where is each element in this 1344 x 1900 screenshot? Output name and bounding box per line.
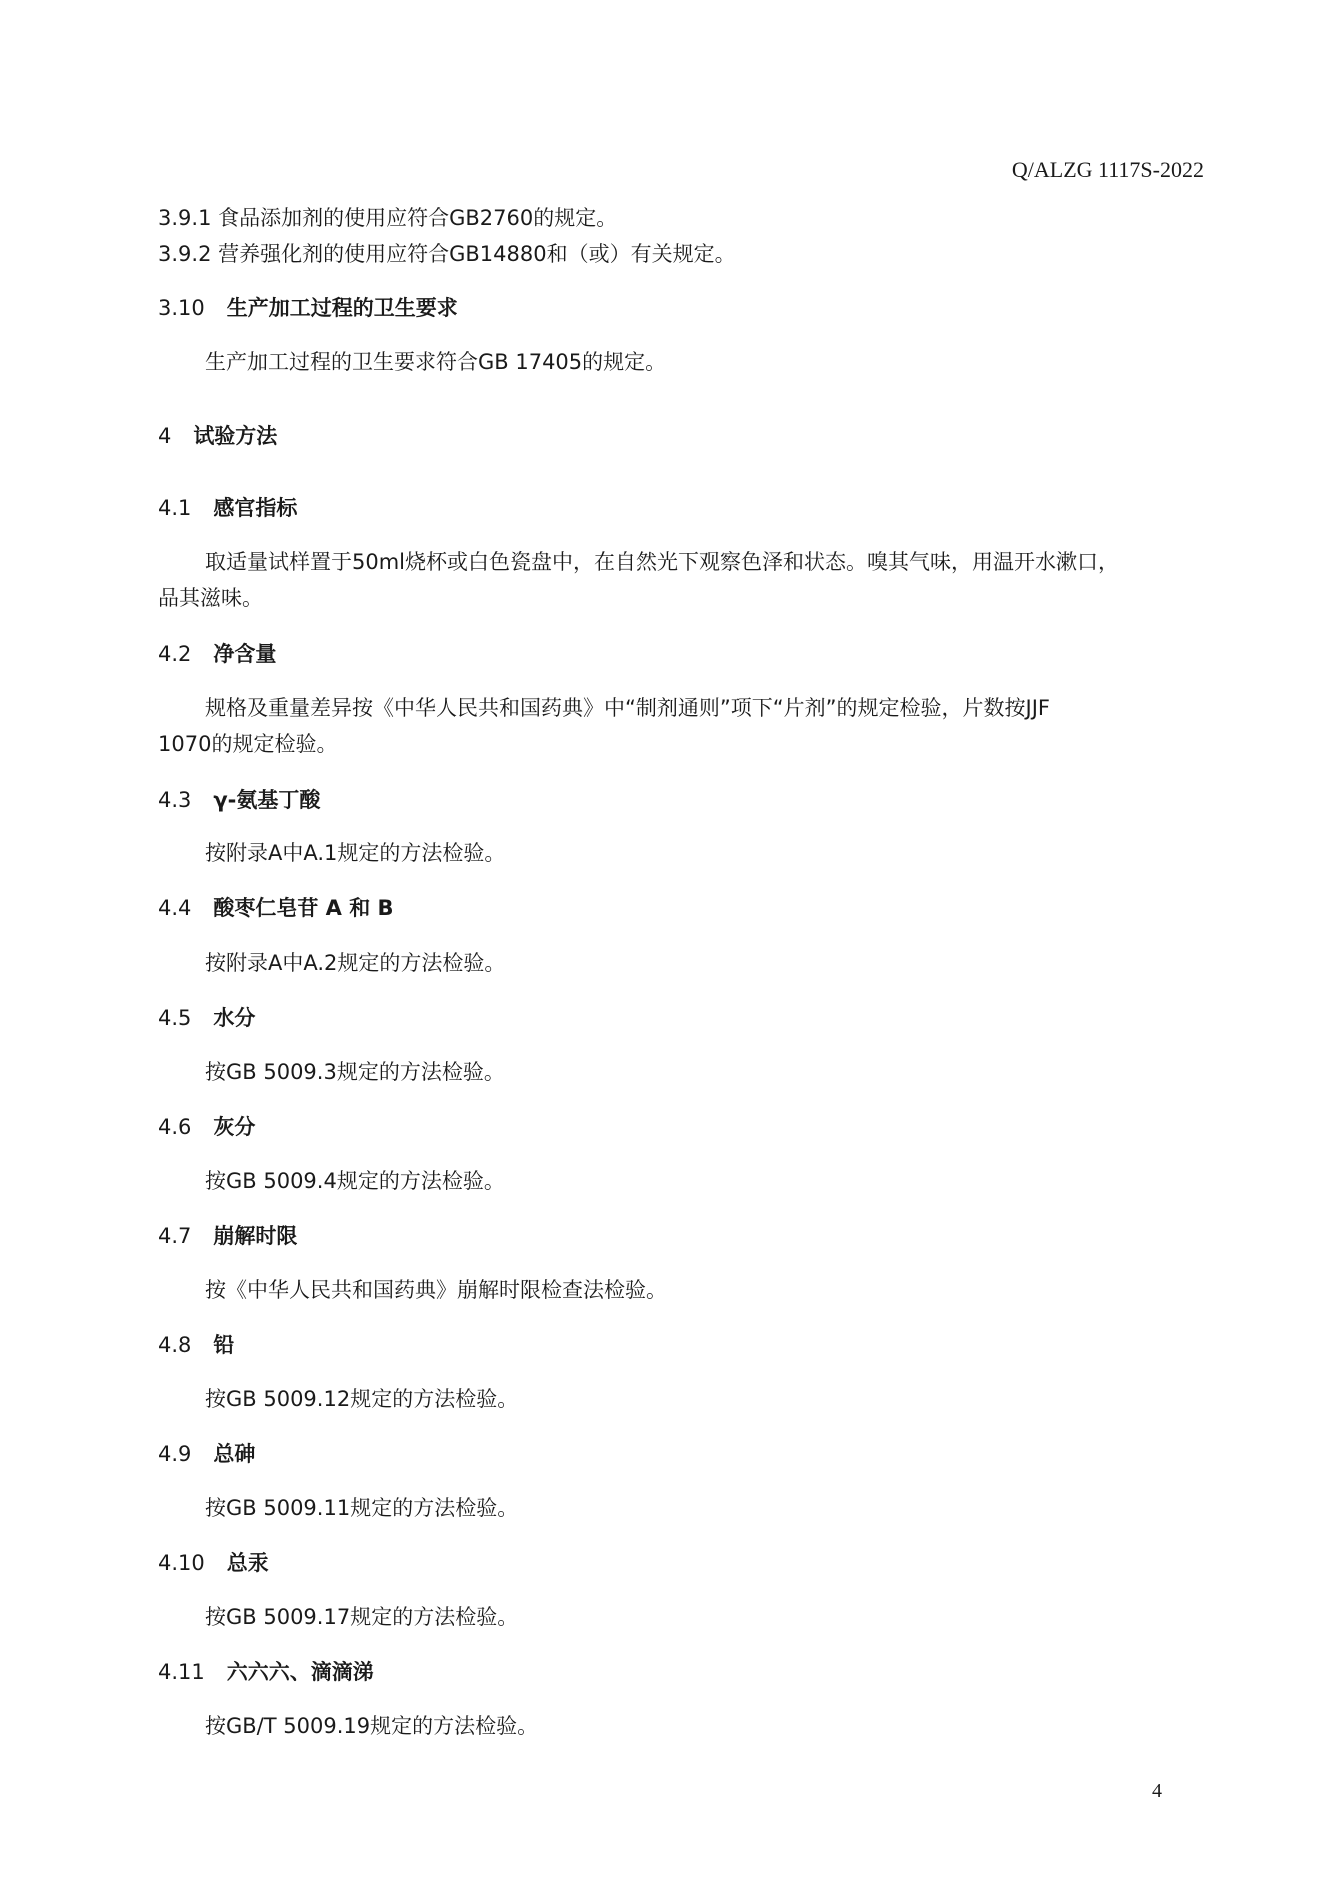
section-number: 4.11 (158, 1658, 205, 1686)
section-heading-4-9: 4.9 总砷 (158, 1440, 255, 1468)
clause-number: 3.9.2 (158, 242, 211, 266)
section-heading-4-3: 4.3 γ-氨基丁酸 (158, 786, 320, 814)
section-number: 4.4 (158, 894, 191, 922)
clause-text: 食品添加剂的使用应符合GB2760的规定。 (218, 206, 617, 230)
section-title: γ-氨基丁酸 (213, 788, 320, 812)
section-title: 酸枣仁皂苷 A 和 B (213, 896, 393, 920)
section-body: 按GB/T 5009.19规定的方法检验。 (205, 1712, 538, 1740)
section-body: 按GB 5009.11规定的方法检验。 (205, 1494, 518, 1522)
chapter-heading-4: 4 试验方法 (158, 422, 277, 450)
section-heading-4-10: 4.10 总汞 (158, 1549, 269, 1577)
section-title: 水分 (213, 1006, 255, 1030)
section-title: 六六六、滴滴涕 (227, 1660, 374, 1684)
section-body: 生产加工过程的卫生要求符合GB 17405的规定。 (205, 348, 666, 376)
section-title: 生产加工过程的卫生要求 (227, 296, 458, 320)
section-body: 按附录A中A.2规定的方法检验。 (205, 949, 505, 977)
section-body: 取适量试样置于50ml烧杯或白色瓷盘中，在自然光下观察色泽和状态。嗅其气味，用温… (205, 548, 1119, 576)
section-number: 4.6 (158, 1113, 191, 1141)
section-heading-4-7: 4.7 崩解时限 (158, 1222, 297, 1250)
section-title: 灰分 (213, 1115, 255, 1139)
section-number: 4.1 (158, 494, 191, 522)
section-body: 按GB 5009.17规定的方法检验。 (205, 1603, 518, 1631)
section-body-continued: 品其滋味。 (158, 584, 263, 612)
section-title: 总砷 (213, 1442, 255, 1466)
clause-3-9-1: 3.9.1 食品添加剂的使用应符合GB2760的规定。 (158, 204, 617, 232)
section-title: 铅 (213, 1333, 234, 1357)
section-heading-4-4: 4.4 酸枣仁皂苷 A 和 B (158, 894, 394, 922)
chapter-number: 4 (158, 422, 171, 450)
section-heading-4-1: 4.1 感官指标 (158, 494, 297, 522)
section-heading-4-8: 4.8 铅 (158, 1331, 234, 1359)
document-code: Q/ALZG 1117S-2022 (1012, 157, 1204, 183)
section-number: 4.2 (158, 640, 191, 668)
clause-text: 营养强化剂的使用应符合GB14880和（或）有关规定。 (218, 242, 735, 266)
section-body: 按附录A中A.1规定的方法检验。 (205, 839, 505, 867)
clause-3-9-2: 3.9.2 营养强化剂的使用应符合GB14880和（或）有关规定。 (158, 240, 736, 268)
section-number: 4.3 (158, 786, 191, 814)
section-title: 崩解时限 (213, 1224, 297, 1248)
page-number: 4 (1152, 1780, 1162, 1803)
section-title: 感官指标 (213, 496, 297, 520)
section-body: 按GB 5009.4规定的方法检验。 (205, 1167, 505, 1195)
section-body: 规格及重量差异按《中华人民共和国药典》中“制剂通则”项下“片剂”的规定检验，片数… (205, 694, 1050, 722)
section-number: 4.5 (158, 1004, 191, 1032)
clause-number: 3.9.1 (158, 206, 211, 230)
section-body: 按《中华人民共和国药典》崩解时限检查法检验。 (205, 1276, 667, 1304)
section-body-continued: 1070的规定检验。 (158, 730, 337, 758)
section-body: 按GB 5009.3规定的方法检验。 (205, 1058, 505, 1086)
section-heading-4-2: 4.2 净含量 (158, 640, 276, 668)
section-title: 总汞 (227, 1551, 269, 1575)
section-heading-3-10: 3.10 生产加工过程的卫生要求 (158, 294, 458, 322)
section-heading-4-11: 4.11 六六六、滴滴涕 (158, 1658, 374, 1686)
section-number: 4.9 (158, 1440, 191, 1468)
section-body: 按GB 5009.12规定的方法检验。 (205, 1385, 518, 1413)
section-heading-4-5: 4.5 水分 (158, 1004, 255, 1032)
chapter-title: 试验方法 (193, 424, 277, 448)
section-number: 3.10 (158, 294, 205, 322)
section-number: 4.10 (158, 1549, 205, 1577)
section-number: 4.8 (158, 1331, 191, 1359)
section-number: 4.7 (158, 1222, 191, 1250)
section-heading-4-6: 4.6 灰分 (158, 1113, 255, 1141)
section-title: 净含量 (213, 642, 276, 666)
